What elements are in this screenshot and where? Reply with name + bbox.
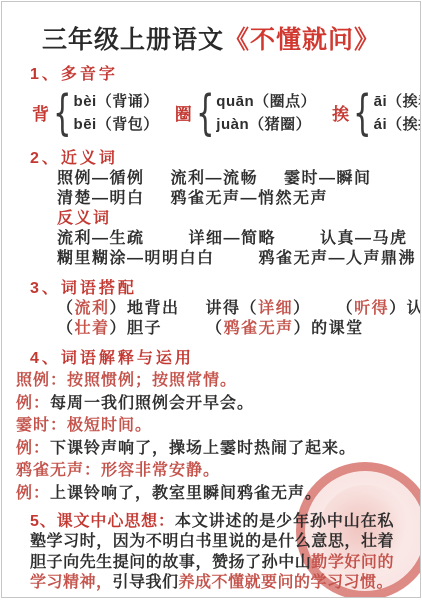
definition-line: 鸦雀无声：形容非常安静。	[16, 461, 420, 481]
collocation-keyword: 鸦雀无声	[224, 320, 294, 337]
brace-glyph: {	[353, 89, 371, 137]
section-heading-polyphones: 1、多音字	[30, 65, 420, 85]
definition-term: 霎时：	[16, 417, 67, 434]
collocation-pre: （	[206, 320, 224, 337]
section1-label: 多音字	[61, 66, 118, 83]
collocation-item: （听得）认真	[337, 299, 421, 319]
section3-number: 3、	[30, 280, 61, 297]
definition-text: 形容非常安静。	[101, 462, 220, 479]
polyphone-character: 挨	[332, 100, 349, 125]
collocation-pre: （	[337, 300, 355, 317]
collocation-post: ）认真	[389, 300, 421, 317]
collocation-post: ）的课堂	[294, 320, 364, 337]
collocation-line-1: （流利）地背出 讲得（详细） （听得）认真	[57, 299, 420, 319]
synonym-pair: 鸦雀无声—悄然无声	[171, 189, 329, 209]
brace-glyph: {	[53, 89, 71, 137]
example-text: 上课铃响了，教室里瞬间鸦雀无声。	[50, 485, 322, 502]
page-title: 三年级上册语文《不懂就问》	[2, 26, 420, 55]
collocation-item: （流利）地背出	[57, 299, 180, 319]
definition-term: 鸦雀无声：	[16, 462, 101, 479]
example-line: 例：上课铃响了，教室里瞬间鸦雀无声。	[16, 484, 420, 504]
polyphone-group-ai: 挨 { āi（挨着） ái（挨打）	[332, 89, 421, 137]
collocation-post: ）胆子	[110, 320, 163, 337]
collocation-item: （壮着）胆子	[57, 319, 162, 339]
main-idea-paragraph: 5、课文中心思想：本文讲述的是少年孙中山在私塾学习时，因为不明白书里说的是什么意…	[30, 512, 394, 594]
pinyin-reading: ái（挨打）	[374, 113, 421, 136]
antonym-line-2: 糊里糊涂—明明白白 鸦雀无声—人声鼎沸	[57, 249, 420, 269]
antonym-pair: 详细—简略	[189, 229, 277, 249]
synonym-pair: 流利—流畅	[171, 169, 259, 189]
subsection-heading-antonyms: 反义词	[57, 209, 420, 229]
definition-line: 照例：按照惯例；按照常情。	[16, 371, 420, 391]
synonym-pair: 清楚—明白	[57, 189, 145, 209]
definition-line: 霎时：极短时间。	[16, 416, 420, 436]
section3-label: 词语搭配	[61, 280, 137, 297]
collocation-item: （鸦雀无声）的课堂	[206, 319, 364, 339]
definition-text: 按照惯例；按照常情。	[67, 372, 237, 389]
main-idea-highlight: 养成不懂就要问的学习习惯。	[179, 574, 394, 591]
collocation-post: ）地背出	[110, 300, 180, 317]
brace-glyph: {	[196, 89, 214, 137]
section4-label: 词语解释与运用	[61, 350, 194, 367]
polyphone-group-bei: 背 { bèi（背诵） bēi（背包）	[32, 89, 159, 137]
section4-number: 4、	[30, 350, 61, 367]
collocation-line-2: （壮着）胆子 （鸦雀无声）的课堂	[57, 319, 420, 339]
pinyin-reading: juàn（猪圈）	[216, 113, 316, 136]
antonym-pair: 鸦雀无声—人声鼎沸	[259, 249, 417, 269]
section-heading-synonyms: 2、近义词	[30, 149, 420, 169]
example-line: 例：每周一我们照例会开早会。	[16, 394, 420, 414]
collocation-pre: 讲得（	[206, 300, 259, 317]
antonym-pair: 糊里糊涂—明明白白	[57, 249, 215, 269]
example-label: 例：	[16, 485, 50, 502]
worksheet-page: 三年级上册语文《不懂就问》 1、多音字 背 { bèi（背诵） bēi（背包） …	[1, 1, 421, 598]
synonym-line-2: 清楚—明白 鸦雀无声—悄然无声	[57, 189, 420, 209]
section-heading-definitions: 4、词语解释与运用	[30, 349, 420, 369]
worksheet-content: 三年级上册语文《不懂就问》 1、多音字 背 { bèi（背诵） bēi（背包） …	[2, 26, 420, 594]
collocation-keyword: 流利	[75, 300, 110, 317]
synonym-line-1: 照例—循例 流利—流畅 霎时—瞬间	[57, 169, 420, 189]
example-line: 例：下课铃声响了，操场上霎时热闹了起来。	[16, 439, 420, 459]
title-lesson-text: 《不懂就问》	[224, 26, 380, 54]
pinyin-reading: āi（挨着）	[374, 90, 421, 113]
antonym-pair: 流利—生疏	[57, 229, 145, 249]
collocation-keyword: 听得	[354, 300, 389, 317]
synonym-pair: 霎时—瞬间	[284, 169, 372, 189]
polyphone-row: 背 { bèi（背诵） bēi（背包） 圈 { quān（圈点） juàn（猪圈…	[32, 87, 420, 139]
collocation-item: 讲得（详细）	[206, 299, 311, 319]
pinyin-reading: quān（圈点）	[216, 90, 316, 113]
polyphone-group-quan: 圈 { quān（圈点） juàn（猪圈）	[175, 89, 316, 137]
section5-heading: 5、课文中心思想：	[30, 513, 175, 530]
synonym-pair: 照例—循例	[57, 169, 145, 189]
section1-number: 1、	[30, 66, 61, 83]
antonym-line-1: 流利—生疏 详细—简略 认真—马虎	[57, 229, 420, 249]
polyphone-character: 圈	[175, 100, 192, 125]
collocation-pre: （	[57, 320, 75, 337]
section2-label: 近义词	[61, 150, 118, 167]
example-label: 例：	[16, 395, 50, 412]
collocation-post: ）	[293, 300, 311, 317]
section-heading-collocations: 3、词语搭配	[30, 279, 420, 299]
pinyin-reading: bēi（背包）	[74, 113, 159, 136]
section2-number: 2、	[30, 150, 61, 167]
pinyin-reading: bèi（背诵）	[74, 90, 159, 113]
collocation-keyword: 壮着	[75, 320, 110, 337]
definition-term: 照例：	[16, 372, 67, 389]
title-course-text: 三年级上册语文	[42, 26, 224, 54]
example-text: 每周一我们照例会开早会。	[50, 395, 254, 412]
antonym-pair: 认真—马虎	[320, 229, 408, 249]
example-text: 下课铃声响了，操场上霎时热闹了起来。	[50, 440, 356, 457]
main-idea-text: 引导我们	[113, 574, 179, 591]
example-label: 例：	[16, 440, 50, 457]
collocation-keyword: 详细	[258, 300, 293, 317]
polyphone-character: 背	[32, 100, 49, 125]
collocation-pre: （	[57, 300, 75, 317]
definition-text: 极短时间。	[67, 417, 152, 434]
